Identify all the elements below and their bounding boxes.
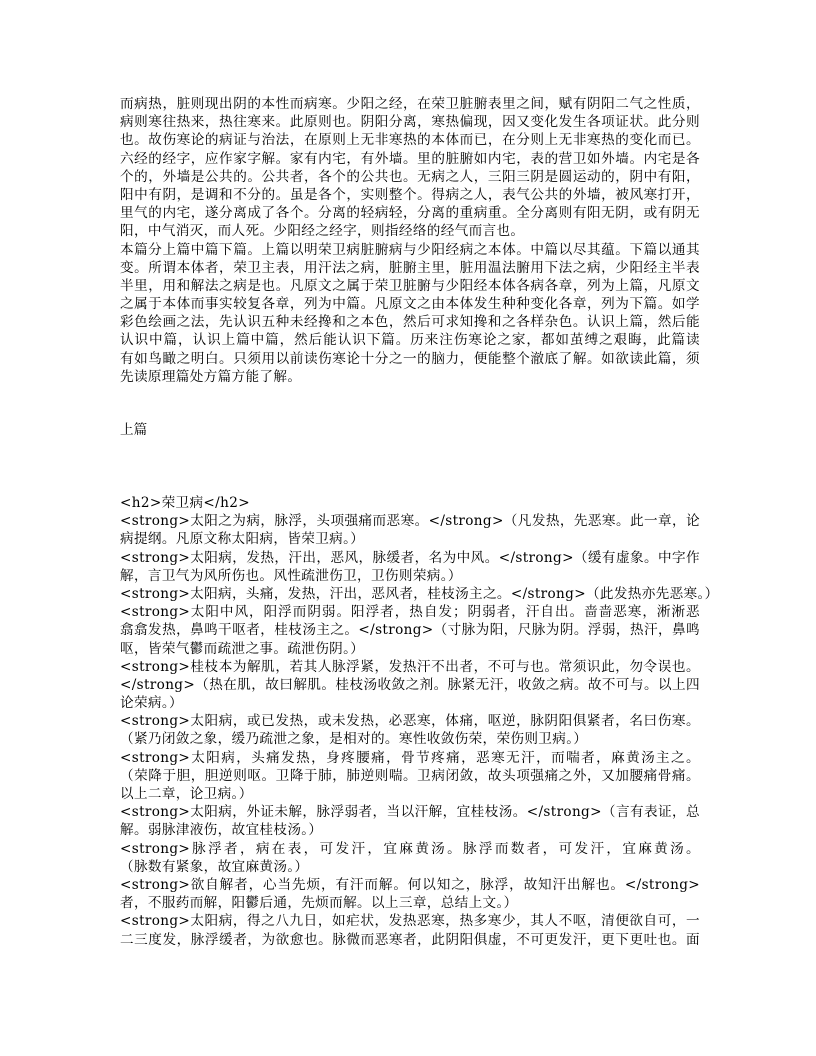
text-line: <strong>太阳病，或已发热，或未发热，必恶寒，体痛，呕逆，脉阴阳俱紧者，名… xyxy=(120,712,700,730)
text-line: 个的，外墙是公共的。公共者，各个的公共也。无病之人，三阳三阴是圆运动的，阴中有阳… xyxy=(120,168,700,186)
text-line: 本篇分上篇中篇下篇。上篇以明荣卫病脏腑病与少阳经病之本体。中篇以尽其蕴。下篇以通… xyxy=(120,241,700,259)
text-line: 阳，中气消灭，而人死。少阳经之经字，则指经络的经气而言也。 xyxy=(120,222,700,240)
text-line: </strong>（热在肌，故曰解肌。桂枝汤收敛之剂。脉紧无汗，收敛之病。故不可… xyxy=(120,676,700,694)
text-line: （荣降于胆，胆逆则呕。卫降于肺，肺逆则喘。卫病闭敛，故头项强痛之外，又加腰痛骨痛… xyxy=(120,767,700,785)
text-line: 翕翕发热，鼻鸣干呕者，桂枝汤主之。</strong>（寸脉为阳，尺脉为阴。浮弱，… xyxy=(120,621,700,639)
text-line: <strong>太阳病，发热，汗出，恶风，脉缓者，名为中风。</strong>（… xyxy=(120,549,700,567)
section-heading: 上篇 xyxy=(120,421,147,439)
text-line: 先读原理篇处方篇方能了解。 xyxy=(120,368,700,386)
text-line: 六经的经字，应作家字解。家有内宅，有外墙。里的脏腑如内宅，表的营卫如外墙。内宅是… xyxy=(120,150,700,168)
text-line: 阳中有阴，是调和不分的。虽是各个，实则整个。得病之人，表气公共的外墙，被风寒打开… xyxy=(120,186,700,204)
text-line: 之属于本体而事实较复各章，列为中篇。凡原文之由本体发生种种变化各章，列为下篇。如… xyxy=(120,295,700,313)
text-line: 而病热，脏则现出阴的本性而病寒。少阳之经，在荣卫脏腑表里之间，赋有阴阳二气之性质… xyxy=(120,95,700,113)
text-line: （紧乃闭敛之象，缓乃疏泄之象，是相对的。寒性收敛伤荣，荣伤则卫病。） xyxy=(120,730,700,748)
text-line: 以上二章，论卫病。） xyxy=(120,785,700,803)
text-line: 也。故伤寒论的病证与治法，在原则上无非寒热的本体而已，在分则上无非寒热的变化而已… xyxy=(120,131,700,149)
text-line: <strong>桂枝本为解肌，若其人脉浮紧，发热汗不出者，不可与也。常须识此，勿… xyxy=(120,658,700,676)
intro-paragraph-3: 本篇分上篇中篇下篇。上篇以明荣卫病脏腑病与少阳经病之本体。中篇以尽其蕴。下篇以通… xyxy=(120,241,700,387)
text-line: （脉数有紧象，故宜麻黄汤。） xyxy=(120,858,700,876)
text-line: <strong>太阳病，头痛发热，身疼腰痛，骨节疼痛，恶寒无汗，而喘者，麻黄汤主… xyxy=(120,749,700,767)
text-line: <strong>太阳病，得之八九日，如疟状，发热恶寒，热多寒少，其人不呕，清便欲… xyxy=(120,912,700,930)
text-line: 病则寒往热来，热往寒来。此原则也。阴阳分离，寒热偏现，因又变化发生各项证状。此分… xyxy=(120,113,700,131)
text-line: 解，言卫气为风所伤也。风性疏泄伤卫，卫伤则荣病。） xyxy=(120,567,700,585)
document-intro: 而病热，脏则现出阴的本性而病寒。少阳之经，在荣卫脏腑表里之间，赋有阴阳二气之性质… xyxy=(120,95,700,386)
text-line: <strong>太阳病，头痛，发热，汗出，恶风者，桂枝汤主之。</strong>… xyxy=(120,585,700,603)
text-line: 者，不服药而解，阳鬱后通，先烦而解。以上三章，总结上文。） xyxy=(120,894,700,912)
text-line: 二三度发，脉浮缓者，为欲愈也。脉微而恶寒者，此阴阳俱虚，不可更发汗，更下更吐也。… xyxy=(120,931,700,949)
text-line: <strong>脉浮者，病在表，可发汗，宜麻黄汤。脉浮而数者，可发汗，宜麻黄汤。… xyxy=(120,840,700,858)
intro-paragraph-2: 六经的经字，应作家字解。家有内宅，有外墙。里的脏腑如内宅，表的营卫如外墙。内宅是… xyxy=(120,150,700,241)
text-line: <strong>太阳中风，阳浮而阴弱。阳浮者，热自发；阴弱者，汗自出。啬啬恶寒，… xyxy=(120,603,700,621)
text-line: 病提纲。凡原文称太阳病，皆荣卫病。） xyxy=(120,530,700,548)
text-line: 有如鸟瞰之明白。只须用以前读伤寒论十分之一的脑力，便能整个澈底了解。如欲读此篇，… xyxy=(120,350,700,368)
text-line: 呕，皆荣气鬱而疏泄之事。疏泄伤阴。） xyxy=(120,640,700,658)
text-line: 里气的内宅，遂分离成了各个。分离的轻病轻，分离的重病重。全分离则有阳无阴，或有阴… xyxy=(120,204,700,222)
text-line: 半里，用和解法之病是也。凡原文之属于荣卫脏腑与少阳经本体各病各章，列为上篇，凡原… xyxy=(120,277,700,295)
intro-paragraph-1: 而病热，脏则现出阴的本性而病寒。少阳之经，在荣卫脏腑表里之间，赋有阴阳二气之性质… xyxy=(120,95,700,150)
text-line: <strong>太阳病，外证未解，脉浮弱者，当以汗解，宜桂枝汤。</strong… xyxy=(120,803,700,821)
chapter-heading: <h2>荣卫病</h2> xyxy=(120,494,700,512)
chapter-body: <h2>荣卫病</h2> <strong>太阳之为病，脉浮，头项强痛而恶寒。</… xyxy=(120,494,700,949)
text-line: <strong>欲自解者，心当先烦，有汗而解。何以知之，脉浮，故知汗出解也。</… xyxy=(120,876,700,894)
text-line: <strong>太阳之为病，脉浮，头项强痛而恶寒。</strong>（凡发热，先… xyxy=(120,512,700,530)
text-line: 论荣病。） xyxy=(120,694,700,712)
text-line: 认识中篇，认识上篇中篇，然后能认识下篇。历来注伤寒论之家，都如茧缚之艰晦，此篇读… xyxy=(120,331,700,349)
text-line: 变。所谓本体者，荣卫主表，用汗法之病，脏腑主里，脏用温法腑用下法之病，少阳经主半… xyxy=(120,259,700,277)
text-line: 彩色绘画之法，先认识五种未经搀和之本色，然后可求知搀和之各样杂色。认识上篇，然后… xyxy=(120,313,700,331)
text-line: 解。弱脉津液伤，故宜桂枝汤。） xyxy=(120,821,700,839)
